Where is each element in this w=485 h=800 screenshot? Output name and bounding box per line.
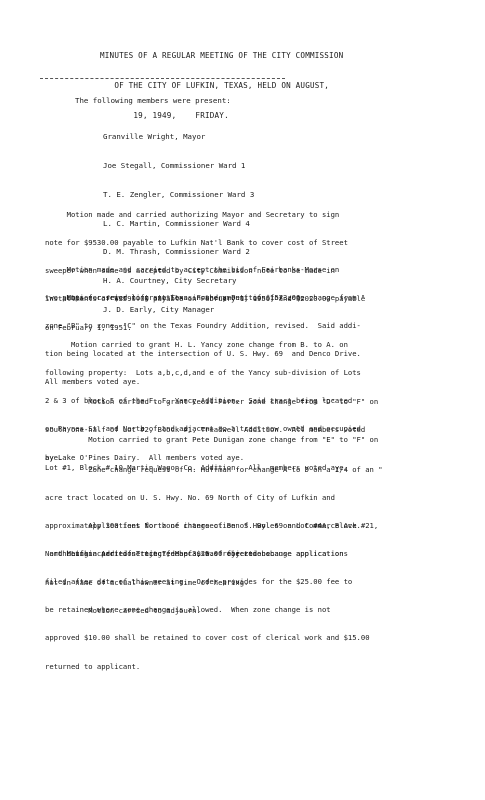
- para-line: Motion made and carried authorizing Mayo…: [45, 210, 480, 219]
- document-page: MINUTES OF A REGULAR MEETING OF THE CITY…: [0, 0, 485, 800]
- paragraph-adjourn: Motion carried to adjourn.: [45, 587, 480, 634]
- para-line: following property: Lots a,b,c,d,and e o…: [45, 368, 480, 377]
- para-line: Motion made and carried to accept the bi…: [45, 265, 480, 274]
- member-item: Granville Wright, Mayor: [103, 132, 254, 142]
- para-line: Motion carried setting fee of $25.00 for…: [45, 549, 480, 558]
- para-line: filed after date of this meeting. Order …: [45, 577, 480, 586]
- attendance-intro: The following members were present:: [75, 96, 231, 105]
- para-line: Applications for zone change of Ben S. B…: [45, 521, 480, 530]
- para-line: Motion carried to adjourn.: [45, 606, 480, 615]
- para-line: approved $10.00 shall be retained to cov…: [45, 633, 480, 642]
- title-line: MINUTES OF A REGULAR MEETING OF THE CITY…: [100, 51, 400, 61]
- para-line: Motion carried to grant Cecil Porter zon…: [45, 397, 480, 406]
- member-item: Joe Stegall, Commissioner Ward 1: [103, 161, 254, 171]
- dashed-divider: [40, 78, 285, 79]
- para-line: returned to applicant.: [45, 662, 480, 671]
- para-line: Motion carried to grant Pete Dunigan zon…: [45, 435, 480, 444]
- para-line: Motion carried to grant H. L. Yancy zone…: [45, 340, 480, 349]
- title-line: OF THE CITY OF LUFKIN, TEXAS, HELD ON AU…: [100, 81, 400, 91]
- para-line: Motion carried to grant Texas Foundry Pe…: [45, 293, 480, 302]
- para-line: Zone change request of H. Huffman for ch…: [45, 465, 480, 474]
